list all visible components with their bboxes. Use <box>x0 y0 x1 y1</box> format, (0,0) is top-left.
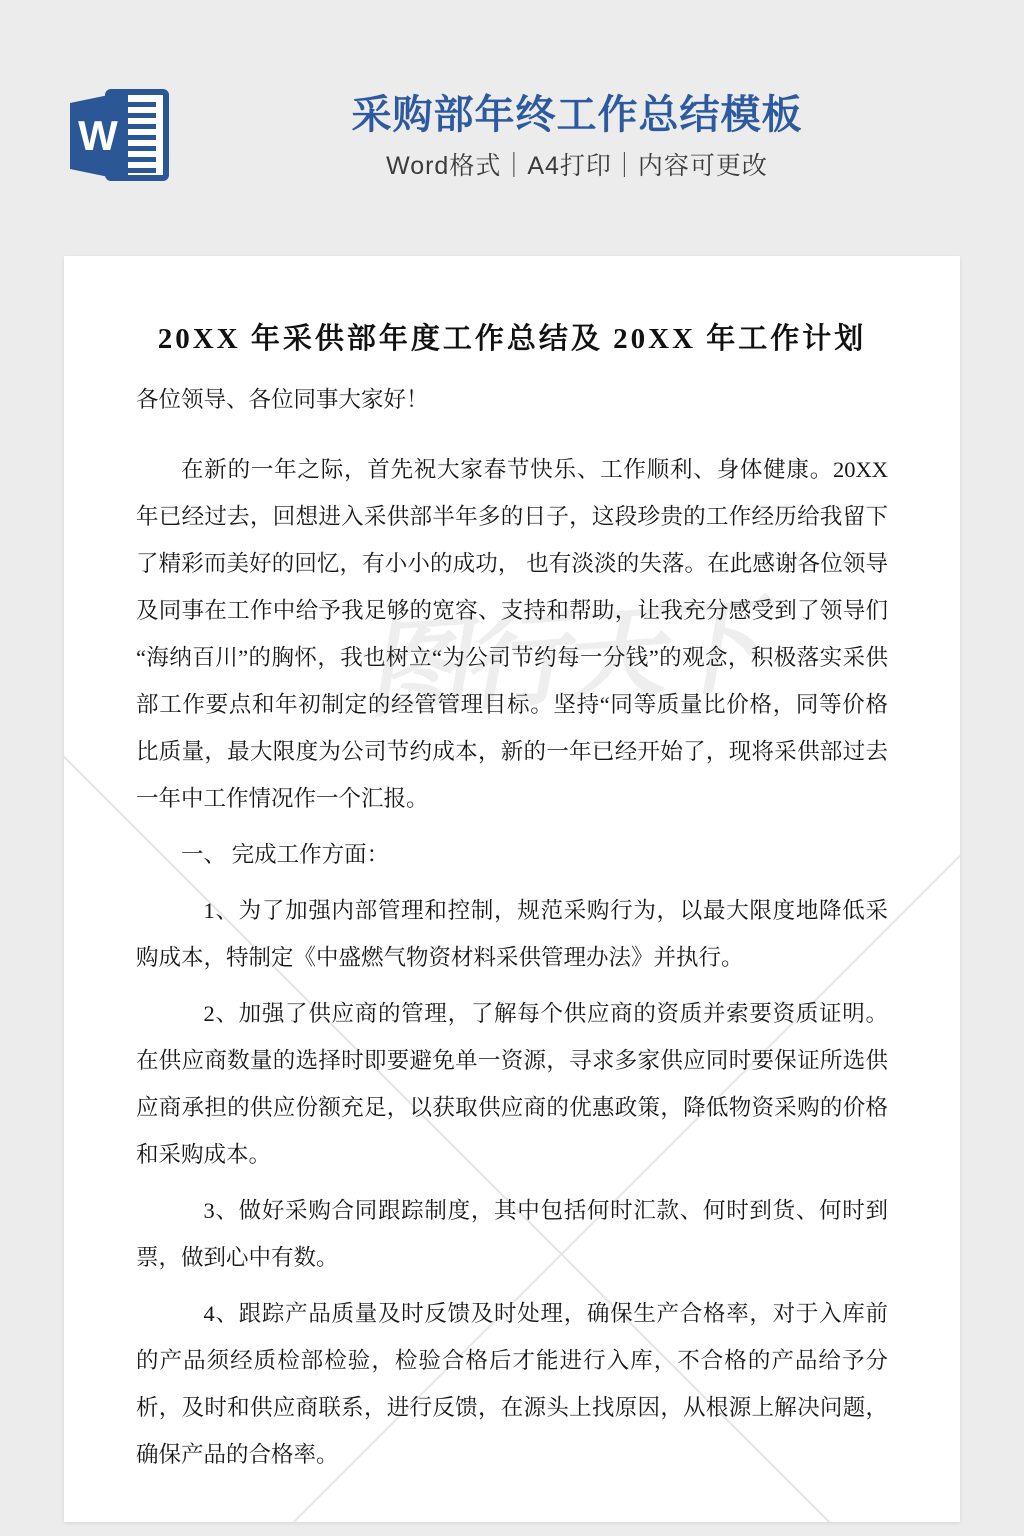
document-paragraph: 1、为了加强内部管理和控制，规范采购行为，以最大限度地降低采购成本，特制定《中盛… <box>136 887 888 981</box>
document-body: 各位领导、各位同事大家好！ 在新的一年之际，首先祝大家春节快乐、工作顺利、身体健… <box>136 376 888 1478</box>
document-title: 20XX 年采供部年度工作总结及 20XX 年工作计划 <box>136 318 888 360</box>
document-paragraph: 2、加强了供应商的管理，了解每个供应商的资质并索要资质证明。在供应商数量的选择时… <box>136 990 888 1178</box>
document-page: 图行天下 20XX 年采供部年度工作总结及 20XX 年工作计划 各位领导、各位… <box>64 256 960 1522</box>
document-paragraph: 一、 完成工作方面： <box>136 831 888 878</box>
document-paragraph: 3、做好采购合同跟踪制度，其中包括何时汇款、何时到货、何时到票，做到心中有数。 <box>136 1187 888 1281</box>
document-paragraph: 4、跟踪产品质量及时反馈及时处理，确保生产合格率，对于入库前的产品须经质检部检验… <box>136 1290 888 1478</box>
template-header: W 采购部年终工作总结模板 Word格式｜A4打印｜内容可更改 <box>0 0 1024 256</box>
header-text-block: 采购部年终工作总结模板 Word格式｜A4打印｜内容可更改 <box>150 92 1004 180</box>
document-content: 20XX 年采供部年度工作总结及 20XX 年工作计划 各位领导、各位同事大家好… <box>64 256 960 1522</box>
template-subtitle: Word格式｜A4打印｜内容可更改 <box>150 152 1004 180</box>
word-icon-letter: W <box>78 112 118 159</box>
template-title: 采购部年终工作总结模板 <box>150 92 1004 138</box>
document-paragraph: 各位领导、各位同事大家好！ <box>136 376 888 423</box>
document-paragraph: 在新的一年之际，首先祝大家春节快乐、工作顺利、身体健康。20XX 年已经过去，回… <box>136 446 888 822</box>
